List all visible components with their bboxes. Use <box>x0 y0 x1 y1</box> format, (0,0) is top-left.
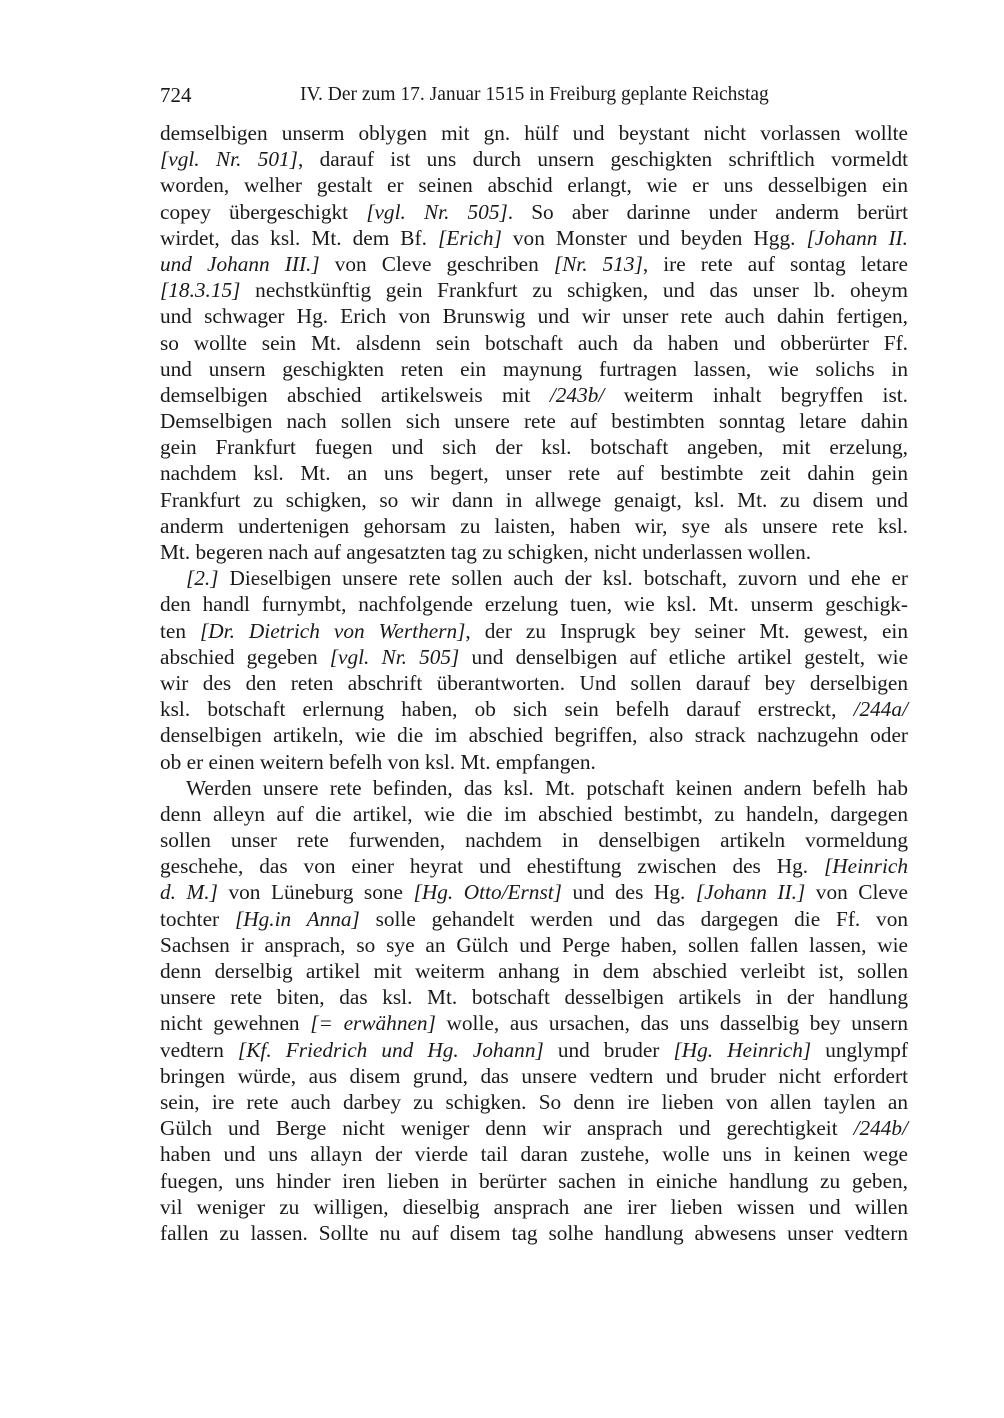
text-line: wirdet, das ksl. Mt. dem Bf. [Erich] von… <box>160 225 908 251</box>
text-segment: , der zu Insprugk bey seiner Mt. gewest,… <box>465 619 908 643</box>
text-line: vedtern [Kf. Friedrich und Hg. Johann] u… <box>160 1037 908 1063</box>
text-line: denselbigen artikeln, wie die im abschie… <box>160 722 908 748</box>
text-line: abschied gegeben [vgl. Nr. 505] und dens… <box>160 644 908 670</box>
text-line: denn derselbig artikel mit weiterm anhan… <box>160 958 908 984</box>
editorial-annotation: [vgl. Nr. 505] <box>366 200 508 224</box>
text-line: Frankfurt zu schigken, so wir dann in al… <box>160 487 908 513</box>
text-line: Demselbigen nach sollen sich unsere rete… <box>160 408 908 434</box>
text-segment: , darauf ist uns durch unsern geschigkte… <box>298 147 908 171</box>
text-segment: sein, ire rete auch darbey zu schigken. … <box>160 1090 908 1114</box>
text-segment: Mt. begeren nach auf angesatzten tag zu … <box>160 540 811 564</box>
editorial-annotation: /244a/ <box>854 697 908 721</box>
text-segment: sollen unser rete furwenden, nachdem in … <box>160 828 908 852</box>
editorial-annotation: [= erwähnen] <box>310 1011 436 1035</box>
text-line: und schwager Hg. Erich von Brunswig und … <box>160 303 908 329</box>
text-line: bringen würde, aus disem grund, das unse… <box>160 1063 908 1089</box>
text-segment: ob er einen weitern befelh von ksl. Mt. … <box>160 750 596 774</box>
text-line: d. M.] von Lüneburg sone [Hg. Otto/Ernst… <box>160 879 908 905</box>
text-line: [vgl. Nr. 501], darauf ist uns durch uns… <box>160 146 908 172</box>
text-line: sein, ire rete auch darbey zu schigken. … <box>160 1089 908 1115</box>
text-line: copey übergeschigkt [vgl. Nr. 505]. So a… <box>160 199 908 225</box>
text-segment: demselbigen abschied artikelsweis mit <box>160 383 550 407</box>
editorial-annotation: [Johann II. <box>806 226 908 250</box>
editorial-annotation: und Johann III.] <box>160 252 320 276</box>
text-line: vil weniger zu willigen, dieselbig anspr… <box>160 1194 908 1220</box>
editorial-annotation: [Dr. Dietrich von Werthern] <box>200 619 465 643</box>
text-segment: Demselbigen nach sollen sich unsere rete… <box>160 409 908 433</box>
text-segment: ten <box>160 619 200 643</box>
text-segment: den handl furnymbt, nachfolgende erzelun… <box>160 592 908 616</box>
text-segment: von Cleve geschriben <box>320 252 554 276</box>
text-line: Werden unsere rete befinden, das ksl. Mt… <box>160 775 908 801</box>
text-line: ten [Dr. Dietrich von Werthern], der zu … <box>160 618 908 644</box>
text-segment: Dieselbigen unsere rete sollen auch der … <box>219 566 908 590</box>
text-segment: denselbigen artikeln, wie die im abschie… <box>160 723 908 747</box>
text-segment: gein Frankfurt fuegen und sich der ksl. … <box>160 435 908 459</box>
text-line: denn alleyn auf die artikel, wie die im … <box>160 801 908 827</box>
text-segment: demselbigen unserm oblygen mit gn. hülf … <box>160 121 908 145</box>
editorial-annotation: [Nr. 513] <box>554 252 643 276</box>
text-line: demselbigen unserm oblygen mit gn. hülf … <box>160 120 908 146</box>
text-segment: Werden unsere rete befinden, das ksl. Mt… <box>186 776 908 800</box>
editorial-annotation: [Kf. Friedrich und Hg. Johann] <box>238 1038 544 1062</box>
text-line: sollen unser rete furwenden, nachdem in … <box>160 827 908 853</box>
text-segment: fallen zu lassen. Sollte nu auf disem ta… <box>160 1221 908 1245</box>
text-line: gein Frankfurt fuegen und sich der ksl. … <box>160 434 908 460</box>
running-title: IV. Der zum 17. Januar 1515 in Freiburg … <box>300 80 769 110</box>
text-line: und unsern geschigkten reten ein maynung… <box>160 356 908 382</box>
text-line: so wollte sein Mt. alsdenn sein botschaf… <box>160 330 908 356</box>
editorial-annotation: [2.] <box>186 566 219 590</box>
running-head: 724 IV. Der zum 17. Januar 1515 in Freib… <box>160 80 908 110</box>
editorial-annotation: /244b/ <box>854 1116 908 1140</box>
text-segment: wirdet, das ksl. Mt. dem Bf. <box>160 226 438 250</box>
text-segment: abschied gegeben <box>160 645 330 669</box>
text-line: ob er einen weitern befelh von ksl. Mt. … <box>160 749 908 775</box>
text-line: anderm undertenigen gehorsam zu laisten,… <box>160 513 908 539</box>
editorial-annotation: /243b/ <box>550 383 604 407</box>
text-segment: unglympf <box>811 1038 908 1062</box>
text-line: und Johann III.] von Cleve geschriben [N… <box>160 251 908 277</box>
text-segment: . So aber darinne under anderm berürt <box>508 200 908 224</box>
text-segment: Frankfurt zu schigken, so wir dann in al… <box>160 488 908 512</box>
text-line: demselbigen abschied artikelsweis mit /2… <box>160 382 908 408</box>
text-line: haben und uns allayn der vierde tail dar… <box>160 1141 908 1167</box>
text-line: [2.] Dieselbigen unsere rete sollen auch… <box>160 565 908 591</box>
text-segment: fuegen, uns hinder iren lieben in berürt… <box>160 1169 908 1193</box>
editorial-annotation: [Heinrich <box>824 854 908 878</box>
text-line: geschehe, das von einer heyrat und ehest… <box>160 853 908 879</box>
text-segment: worden, welher gestalt er seinen abschid… <box>160 173 908 197</box>
text-line: nicht gewehnen [= erwähnen] wolle, aus u… <box>160 1010 908 1036</box>
text-segment: wolle, aus ursachen, das uns dasselbig b… <box>436 1011 908 1035</box>
text-segment: und bruder <box>544 1038 674 1062</box>
text-line: wir des den reten abschrift überantworte… <box>160 670 908 696</box>
text-line: Sachsen ir ansprach, so sye an Gülch und… <box>160 932 908 958</box>
text-segment: nechstkünftig gein Frankfurt zu schigken… <box>240 278 908 302</box>
text-segment: vil weniger zu willigen, dieselbig anspr… <box>160 1195 908 1219</box>
text-segment: tochter <box>160 907 235 931</box>
text-segment: und denselbigen auf etliche artikel gest… <box>459 645 908 669</box>
editorial-annotation: [vgl. Nr. 501] <box>160 147 298 171</box>
text-segment: geschehe, das von einer heyrat und ehest… <box>160 854 824 878</box>
text-segment: nachdem ksl. Mt. an uns begert, unser re… <box>160 461 908 485</box>
text-segment: vedtern <box>160 1038 238 1062</box>
text-segment: unsere rete biten, das ksl. Mt. botschaf… <box>160 985 908 1009</box>
body-text: demselbigen unserm oblygen mit gn. hülf … <box>160 120 908 1246</box>
text-segment: Sachsen ir ansprach, so sye an Gülch und… <box>160 933 908 957</box>
text-line: den handl furnymbt, nachfolgende erzelun… <box>160 591 908 617</box>
text-segment: wir des den reten abschrift überantworte… <box>160 671 908 695</box>
text-segment: und schwager Hg. Erich von Brunswig und … <box>160 304 908 328</box>
text-line: nachdem ksl. Mt. an uns begert, unser re… <box>160 460 908 486</box>
text-segment: nicht gewehnen <box>160 1011 310 1035</box>
text-line: unsere rete biten, das ksl. Mt. botschaf… <box>160 984 908 1010</box>
editorial-annotation: [Hg.in Anna] <box>235 907 360 931</box>
text-segment: haben und uns allayn der vierde tail dar… <box>160 1142 908 1166</box>
text-line: tochter [Hg.in Anna] solle gehandelt wer… <box>160 906 908 932</box>
text-segment: so wollte sein Mt. alsdenn sein botschaf… <box>160 331 908 355</box>
text-segment: solle gehandelt werden und das dargegen … <box>360 907 908 931</box>
text-segment: , ire rete auf sontag letare <box>643 252 908 276</box>
text-line: Gülch und Berge nicht weniger denn wir a… <box>160 1115 908 1141</box>
text-segment: von Cleve <box>805 880 908 904</box>
text-line: worden, welher gestalt er seinen abschid… <box>160 172 908 198</box>
text-line: fuegen, uns hinder iren lieben in berürt… <box>160 1168 908 1194</box>
text-segment: von Monster und beyden Hgg. <box>502 226 807 250</box>
text-segment: ksl. botschaft erlernung haben, ob sich … <box>160 697 854 721</box>
text-segment: und des Hg. <box>562 880 696 904</box>
text-line: fallen zu lassen. Sollte nu auf disem ta… <box>160 1220 908 1246</box>
text-segment: weiterm inhalt begryffen ist. <box>604 383 908 407</box>
text-line: ksl. botschaft erlernung haben, ob sich … <box>160 696 908 722</box>
editorial-annotation: [vgl. Nr. 505] <box>330 645 460 669</box>
text-segment: anderm undertenigen gehorsam zu laisten,… <box>160 514 908 538</box>
text-line: Mt. begeren nach auf angesatzten tag zu … <box>160 539 908 565</box>
editorial-annotation: [18.3.15] <box>160 278 240 302</box>
text-line: [18.3.15] nechstkünftig gein Frankfurt z… <box>160 277 908 303</box>
text-segment: denn derselbig artikel mit weiterm anhan… <box>160 959 908 983</box>
editorial-annotation: [Hg. Otto/Ernst] <box>414 880 562 904</box>
editorial-annotation: [Johann II.] <box>696 880 805 904</box>
text-segment: Gülch und Berge nicht weniger denn wir a… <box>160 1116 854 1140</box>
editorial-annotation: [Hg. Heinrich] <box>673 1038 811 1062</box>
page-number: 724 <box>160 80 192 110</box>
text-segment: und unsern geschigkten reten ein maynung… <box>160 357 908 381</box>
editorial-annotation: d. M.] <box>160 880 218 904</box>
text-segment: von Lüneburg sone <box>218 880 414 904</box>
text-segment: bringen würde, aus disem grund, das unse… <box>160 1064 908 1088</box>
text-segment: denn alleyn auf die artikel, wie die im … <box>160 802 908 826</box>
text-segment: copey übergeschigkt <box>160 200 366 224</box>
editorial-annotation: [Erich] <box>438 226 502 250</box>
